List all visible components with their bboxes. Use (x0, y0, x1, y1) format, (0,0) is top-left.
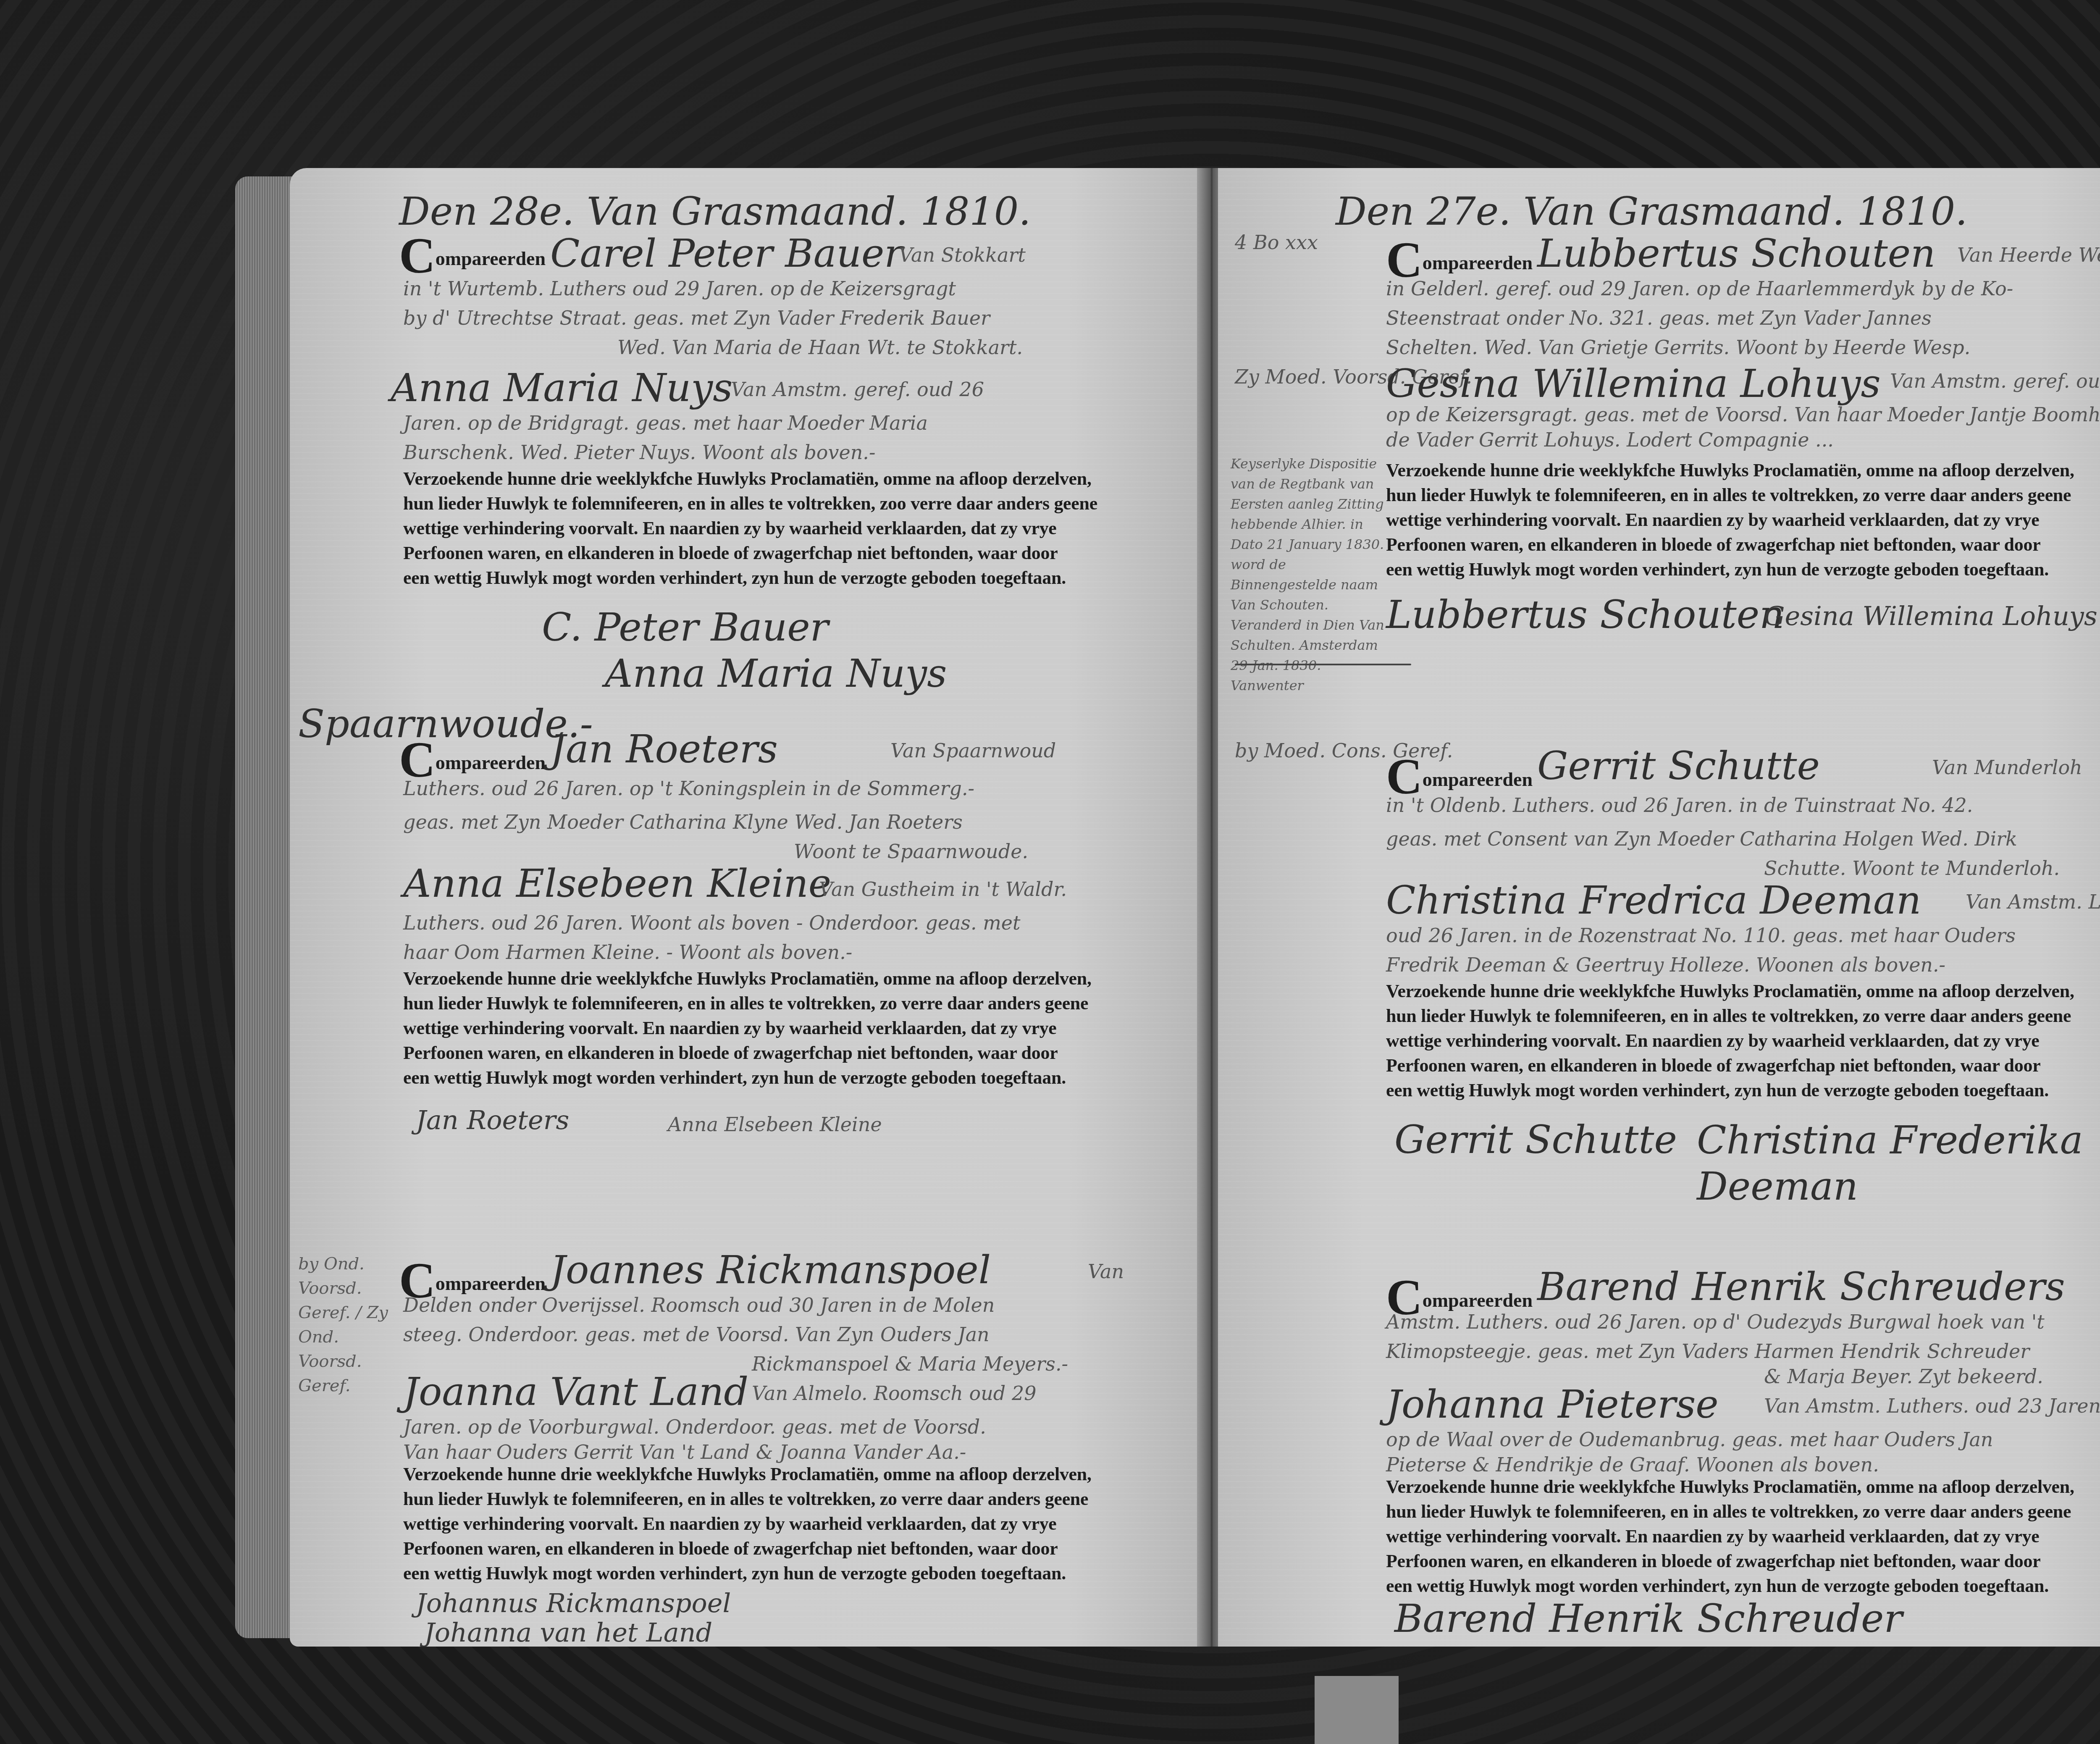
compareerden-label: CCompareerdenompareerden (399, 227, 546, 285)
bride-name: Johanna Pieterse (1386, 1382, 1719, 1427)
open-register-book: Den 28e. Van Grasmaand. 1810. CCompareer… (235, 168, 2100, 1663)
bride-detail: Van Amstm. geref. oud 26 (731, 378, 984, 401)
bride-signature: Anna Elsebeen Kleine (668, 1113, 882, 1136)
bride-name: Gesina Willemina Lohuys (1386, 361, 1881, 406)
bride-signature: Johanna van het Land (424, 1617, 712, 1647)
bride-detail: Pieterse & Hendrikje de Graaf. Woonen al… (1386, 1453, 1879, 1476)
printed-proclamation-text: Verzoekende hunne drie weeklykfche Huwly… (1386, 1474, 2100, 1598)
bride-detail: haar Oom Harmen Kleine. - Woont als bove… (403, 941, 852, 964)
left-page: Den 28e. Van Grasmaand. 1810. CCompareer… (290, 168, 1205, 1647)
bride-detail: Jaren. op de Bridgragt. geas. met haar M… (403, 412, 928, 434)
groom-detail: geas. met Zyn Moeder Catharina Klyne Wed… (403, 811, 963, 833)
groom-detail: Van Munderloh (1932, 756, 2082, 779)
bride-detail: oud 26 Jaren. in de Rozenstraat No. 110.… (1386, 924, 2016, 947)
groom-detail: Steenstraat onder No. 321. geas. met Zyn… (1386, 307, 1932, 329)
groom-signature: Barend Henrik Schreuder (1394, 1596, 1902, 1641)
groom-detail: steeg. Onderdoor. geas. met de Voorsd. V… (403, 1323, 990, 1346)
bride-detail: Van Gustheim in 't Waldr. (819, 878, 1067, 901)
groom-detail: Van Stokkart (899, 244, 1026, 266)
groom-signature: C. Peter Bauer (542, 605, 829, 650)
groom-signature: Gerrit Schutte (1394, 1117, 1677, 1162)
groom-detail: Woont te Spaarnwoude. (794, 840, 1028, 863)
groom-name: Joannes Rickmanspoel (550, 1248, 991, 1292)
bride-detail: Van haar Ouders Gerrit Van 't Land & Joa… (403, 1441, 966, 1463)
bride-name: Christina Fredrica Deeman (1386, 878, 1921, 923)
groom-detail: geas. met Consent van Zyn Moeder Cathari… (1386, 827, 2017, 850)
groom-detail: Van Heerde Wesp. (1957, 244, 2100, 266)
groom-detail: Wed. Van Maria de Haan Wt. te Stokkart. (617, 336, 1023, 359)
bride-name: Anna Elsebeen Kleine (403, 861, 831, 906)
groom-detail: Van (1088, 1260, 1124, 1283)
groom-detail: by d' Utrechtse Straat. geas. met Zyn Va… (403, 307, 990, 329)
groom-detail: Van Spaarnwoud (890, 739, 1056, 762)
bride-detail: de Vader Gerrit Lohuys. Lodert Compagnie… (1386, 428, 1834, 451)
bride-name: Joanna Vant Land (403, 1369, 748, 1414)
archive-tab-strip (1315, 1676, 1399, 1744)
groom-detail: in 't Wurtemb. Luthers oud 29 Jaren. op … (403, 277, 956, 300)
groom-name: Barend Henrik Schreuders (1537, 1264, 2065, 1309)
groom-signature: Johannus Rickmanspoel (416, 1588, 731, 1618)
groom-signature: Jan Roeters (416, 1105, 569, 1135)
printed-proclamation-text: Verzoekende hunne drie weeklykfche Huwly… (403, 1462, 1151, 1586)
groom-detail: Luthers. oud 26 Jaren. op 't Koningsplei… (403, 777, 974, 800)
groom-signature: Lubbertus Schouten (1386, 592, 1784, 637)
bride-detail: Van Amstm. Luthers. oud 23 Jaren (1764, 1395, 2100, 1417)
bride-signature: Christina Frederika Deeman (1697, 1117, 2096, 1210)
groom-detail: Delden onder Overijssel. Roomsch oud 30 … (403, 1294, 995, 1316)
left-page-edges (235, 176, 298, 1638)
groom-detail: Schelten. Wed. Van Grietje Gerrits. Woon… (1386, 336, 1970, 359)
margin-name-change-note: Keyserlyke Dispositie van de Regtbank va… (1231, 454, 1390, 696)
groom-name: Carel Peter Bauer (550, 231, 903, 276)
printed-proclamation-text: Verzoekende hunne drie weeklykfche Huwly… (1386, 458, 2100, 582)
margin-mark: 4 Bo ⅹⅹⅹ (1235, 231, 1318, 254)
underline-rule (1235, 664, 1411, 665)
right-page: 120 Den 27e. Van Grasmaand. 1810. 4 Bo ⅹ… (1218, 168, 2100, 1647)
printed-proclamation-text: Verzoekende hunne drie weeklykfche Huwly… (403, 466, 1151, 590)
groom-detail: in Gelderl. geref. oud 29 Jaren. op de H… (1386, 277, 2013, 300)
bride-detail: Van Almelo. Roomsch oud 29 (752, 1382, 1036, 1405)
groom-name: Lubbertus Schouten (1537, 231, 1935, 276)
bride-detail: op de Waal over de Oudemanbrug. geas. me… (1386, 1428, 1993, 1451)
bride-detail: Burschenk. Wed. Pieter Nuys. Woont als b… (403, 441, 876, 464)
bride-detail: Jaren. op de Voorburgwal. Onderdoor. gea… (403, 1416, 986, 1438)
groom-detail: Schutte. Woont te Munderloh. (1764, 857, 2060, 880)
groom-detail: & Marja Beyer. Zyt bekeerd. (1764, 1365, 2043, 1388)
groom-detail: Amstm. Luthers. oud 26 Jaren. op d' Oude… (1386, 1311, 2045, 1333)
bride-signature: Anna Maria Nuys (605, 651, 947, 696)
margin-consent-note: by Ond. Voorsd. Geref. / Zy Ond. Voorsd.… (298, 1252, 407, 1398)
printed-proclamation-text: Verzoekende hunne drie weeklykfche Huwly… (1386, 979, 2100, 1103)
groom-detail: Klimopsteegje. geas. met Zyn Vaders Harm… (1386, 1340, 2029, 1363)
bride-detail: Luthers. oud 26 Jaren. Woont als boven -… (403, 911, 1021, 934)
date-header: Den 27e. Van Grasmaand. 1810. (1336, 189, 1968, 234)
printed-proclamation-text: Verzoekende hunne drie weeklykfche Huwly… (403, 966, 1151, 1090)
bride-detail: Van Amstm. geref. oud 26 (1890, 370, 2100, 392)
groom-detail: Rickmanspoel & Maria Meyers.- (752, 1353, 1068, 1375)
bride-detail: Van Amstm. Luthers (1966, 890, 2100, 913)
bride-detail: op de Keizersgragt. geas. met de Voorsd.… (1386, 403, 2100, 426)
groom-name: Jan Roeters (550, 727, 778, 772)
bride-signature: Gesina Willemina Lohuys (1764, 601, 2097, 631)
bride-detail: Fredrik Deeman & Geertruy Holleze. Woone… (1386, 953, 1945, 976)
bride-name: Anna Maria Nuys (391, 365, 733, 410)
groom-detail: in 't Oldenb. Luthers. oud 26 Jaren. in … (1386, 794, 1973, 817)
groom-name: Gerrit Schutte (1537, 743, 1820, 788)
